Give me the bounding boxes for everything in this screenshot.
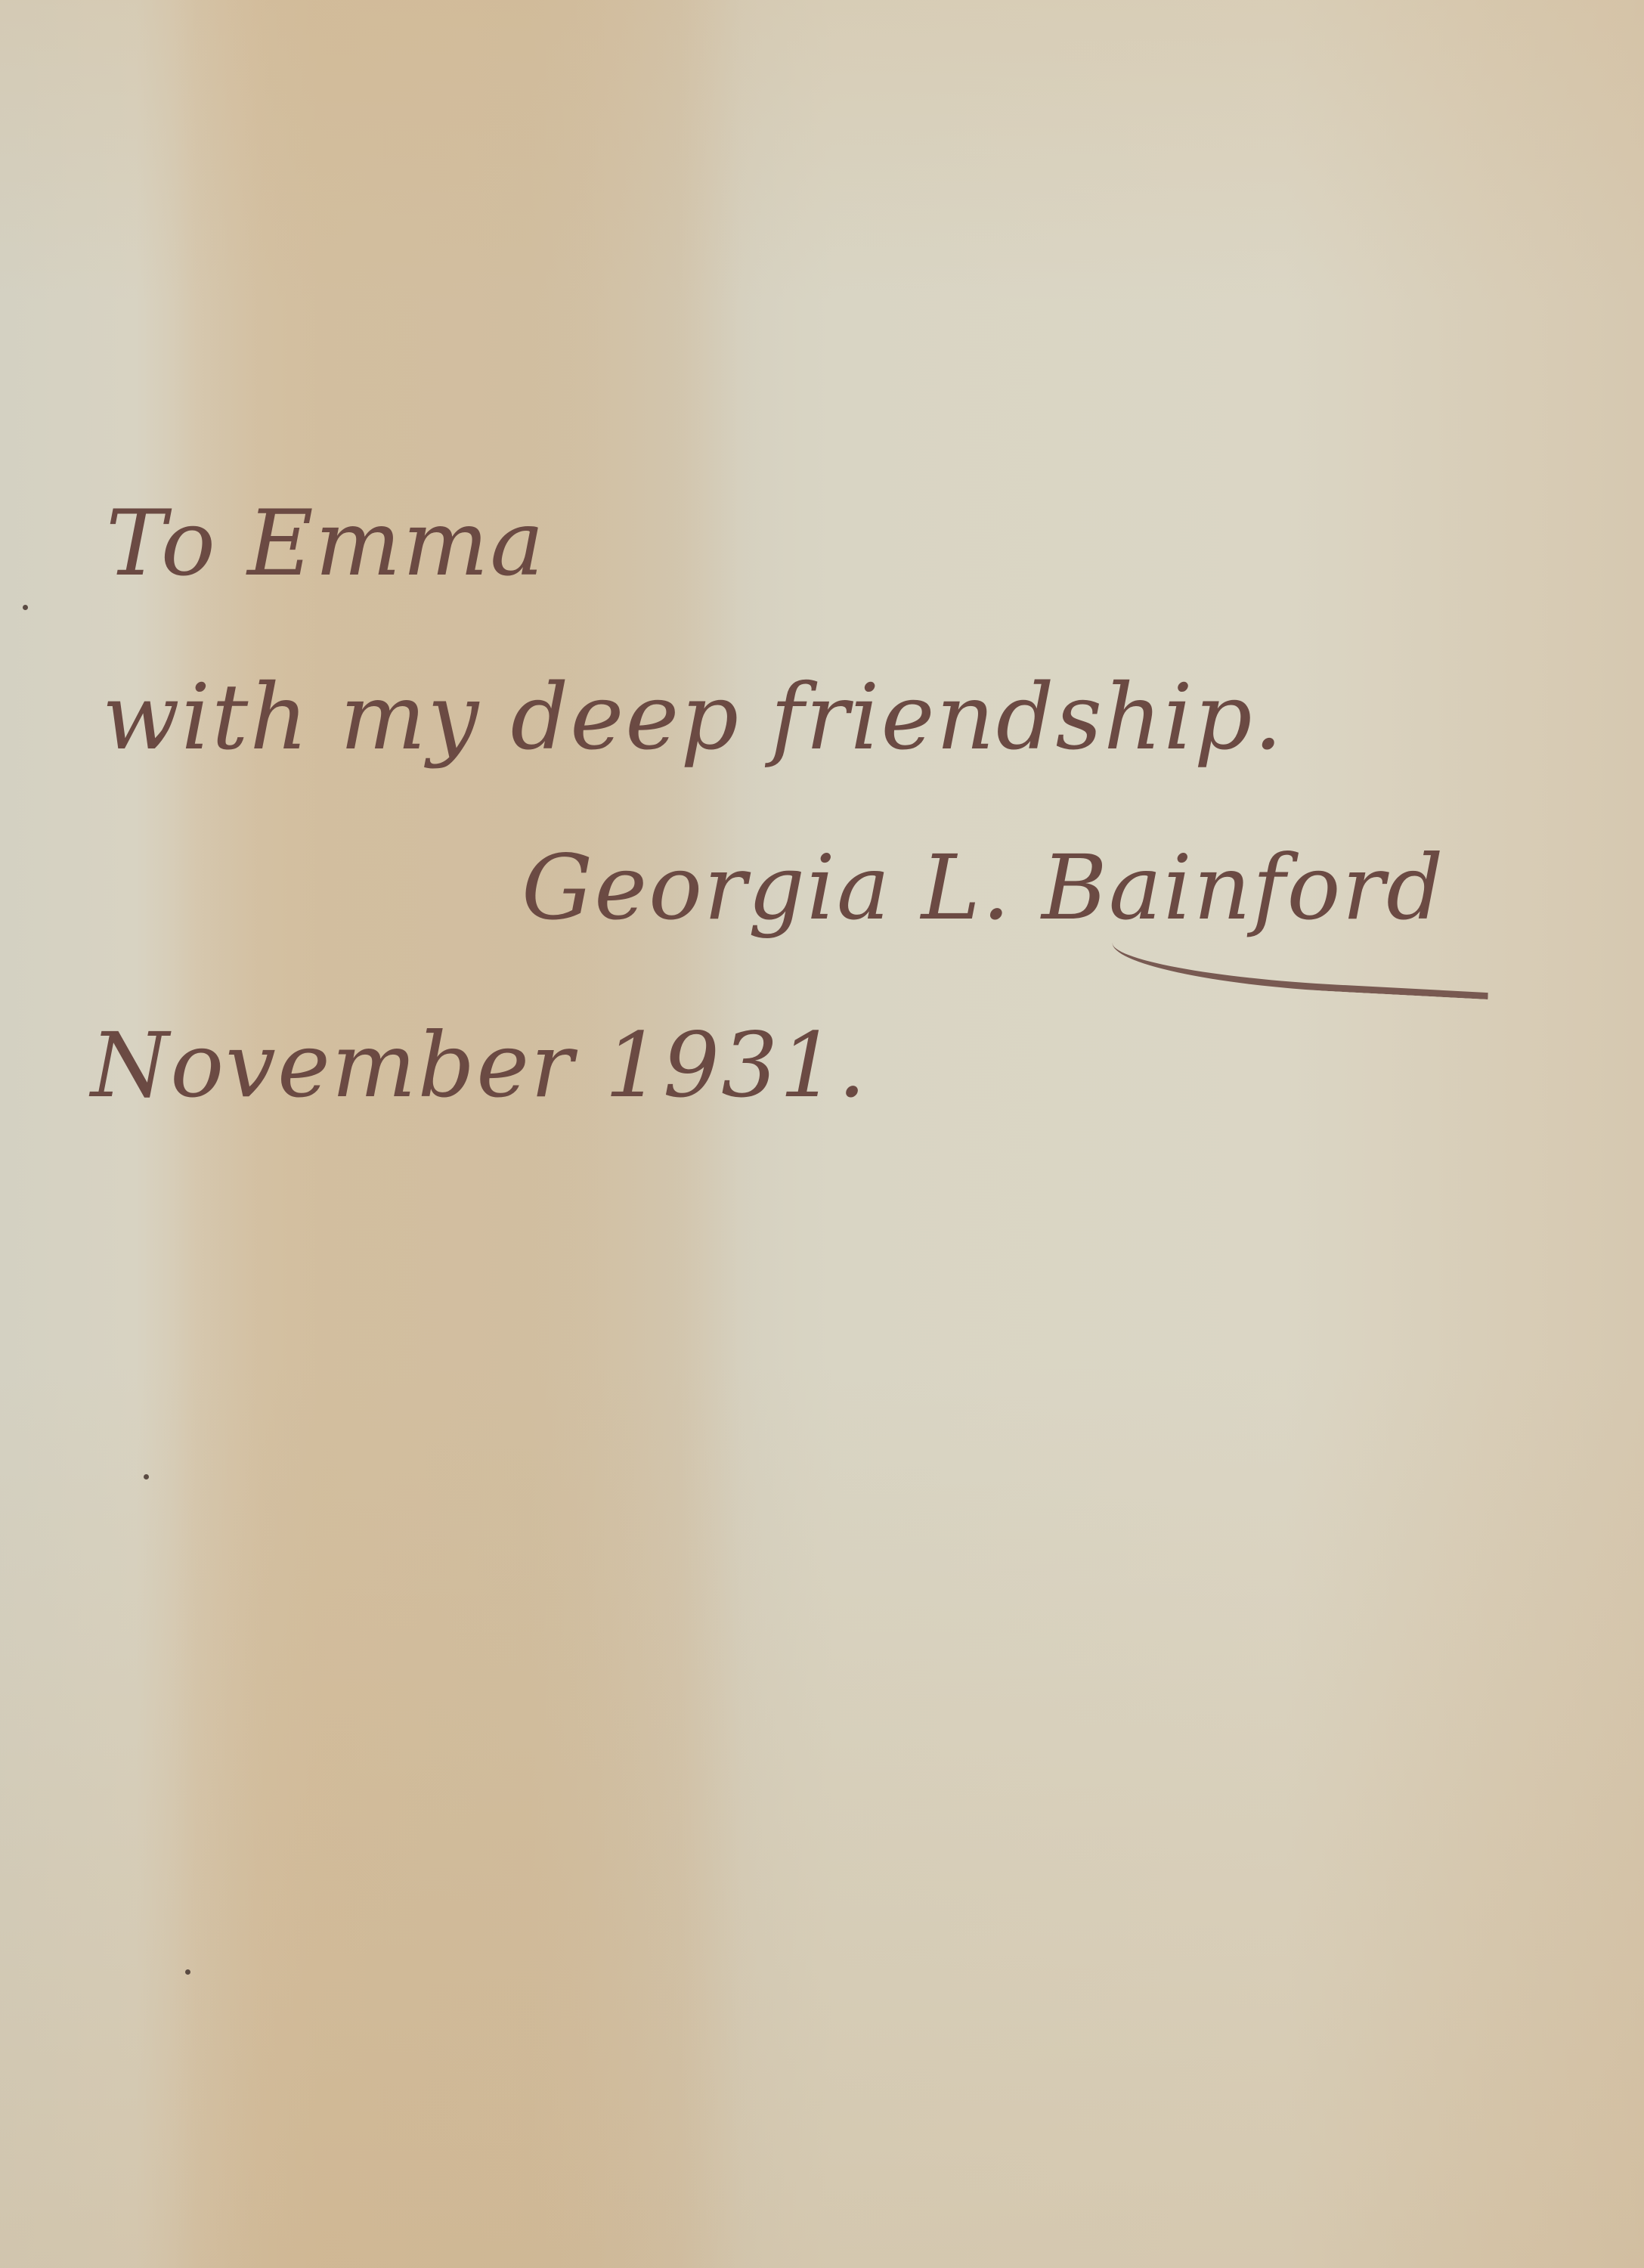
inscription-salutation: To Emma [106,491,546,596]
inscription-signature: Georgia L. Bainford [522,835,1445,940]
paper-speck [185,1969,190,1975]
signature-flourish [1110,943,1490,999]
paper-speck [23,605,28,610]
inscription-date: November 1931. [91,1013,868,1117]
book-page: To Emma with my deep friendship. Georgia… [0,0,1644,2268]
paper-speck [144,1474,149,1479]
inscription-message: with my deep friendship. [102,665,1284,770]
handwritten-inscription: To Emma with my deep friendship. Georgia… [0,0,1644,2268]
